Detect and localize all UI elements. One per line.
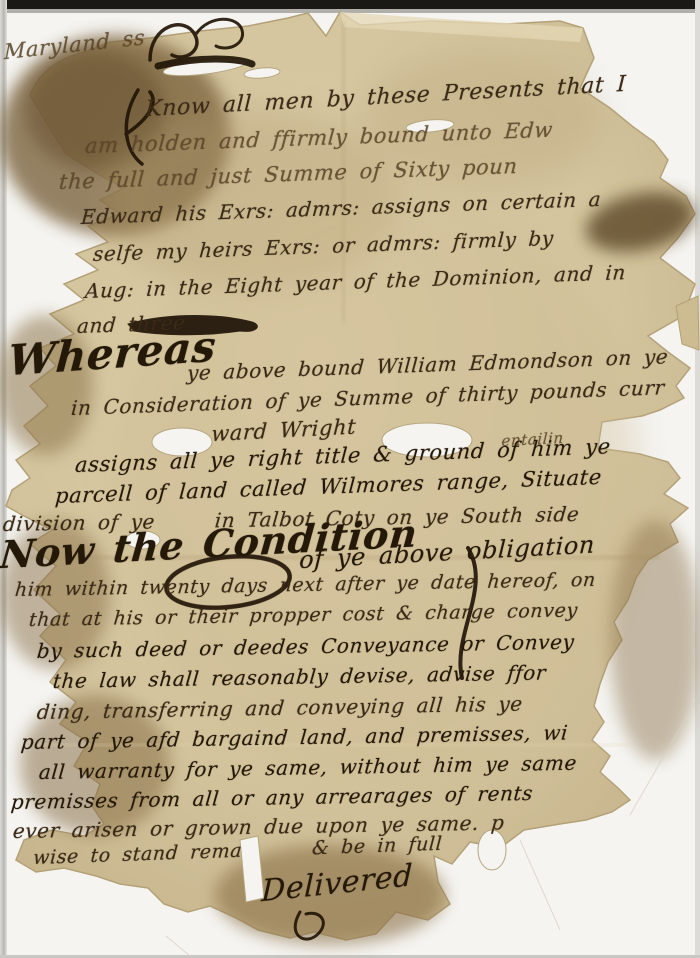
parchment-fragment [676,296,699,350]
scanned-document: Maryland ss Know all men by these Presen… [0,0,700,958]
